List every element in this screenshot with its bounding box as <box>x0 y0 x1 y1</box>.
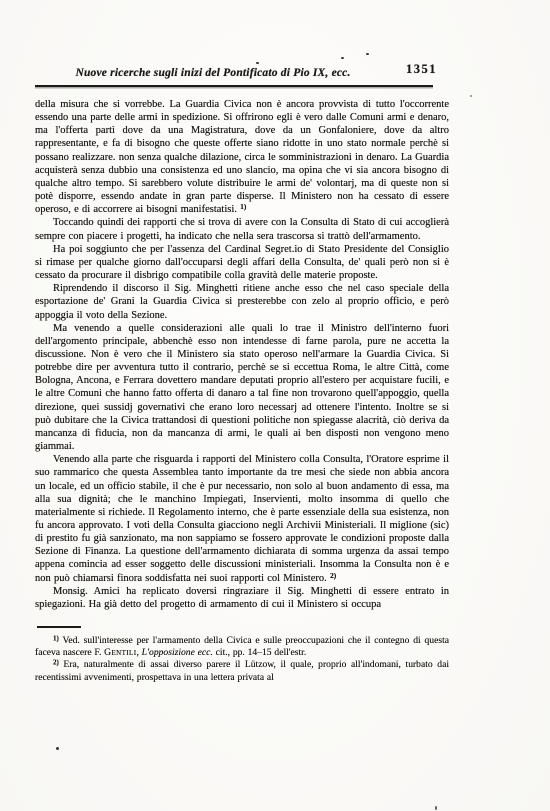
ink-speck <box>470 95 472 97</box>
running-header-title: Nuove ricerche sugli inizi del Pontifica… <box>75 67 350 79</box>
ink-speck <box>56 747 59 750</box>
paragraph-4-text: Riprendendo il discorso il Sig. Minghett… <box>35 283 449 320</box>
paragraph-1: della misura che si vorrebbe. La Guardia… <box>35 98 449 216</box>
ink-speck <box>366 53 369 55</box>
paragraph-7-text: Monsig. Amici ha replicato doversi ringr… <box>35 586 449 610</box>
footnote-1: 1) Ved. sull'interesse per l'armamento d… <box>35 635 449 660</box>
footnote-1-author: Gentili <box>104 647 136 658</box>
paragraph-4: Riprendendo il discorso il Sig. Minghett… <box>35 282 449 321</box>
page-number: 1351 <box>406 62 437 77</box>
header-rule <box>35 85 433 87</box>
text-column: Nuove ricerche sugli inizi del Pontifica… <box>35 0 449 684</box>
paragraph-6-text: Venendo alla parte che risguarda i rappo… <box>35 454 449 583</box>
paragraph-2-text: Toccando quindi dei rapporti che si trov… <box>35 217 449 241</box>
footnote-separator-rule <box>37 626 81 628</box>
footnote-1-citation: cit., pp. 14–15 dell'estr. <box>213 647 306 658</box>
paragraph-5-text: Ma venendo a quelle considerazioni alle … <box>35 323 449 452</box>
footnote-2: 2) Era, naturalmente di assai diverso pa… <box>35 659 449 684</box>
paragraph-2: Toccando quindi dei rapporti che si trov… <box>35 216 449 242</box>
footnote-1-reference: 1) <box>240 202 246 211</box>
paragraph-6: Venendo alla parte che risguarda i rappo… <box>35 453 449 585</box>
footnote-2-text: Era, naturalmente di assai diverso parer… <box>35 659 449 682</box>
footnote-2-reference: 2) <box>330 571 336 580</box>
ink-speck <box>341 57 344 59</box>
ink-speck <box>435 806 437 810</box>
scanned-book-page: Nuove ricerche sugli inizi del Pontifica… <box>0 0 550 811</box>
running-header: Nuove ricerche sugli inizi del Pontifica… <box>35 63 449 81</box>
paragraph-1-text: della misura che si vorrebbe. La Guardia… <box>35 99 449 215</box>
paragraph-3: Ha poi soggiunto che per l'assenza del C… <box>35 243 449 282</box>
body-text: della misura che si vorrebbe. La Guardia… <box>35 98 449 611</box>
ink-speck <box>256 62 259 64</box>
paragraph-3-text: Ha poi soggiunto che per l'assenza del C… <box>35 244 449 281</box>
paragraph-5: Ma venendo a quelle considerazioni alle … <box>35 322 449 454</box>
footnotes-section: 1) Ved. sull'interesse per l'armamento d… <box>35 626 449 684</box>
paragraph-7: Monsig. Amici ha replicato doversi ringr… <box>35 585 449 611</box>
footnote-1-work-title: L'opposizione ecc. <box>142 647 213 658</box>
